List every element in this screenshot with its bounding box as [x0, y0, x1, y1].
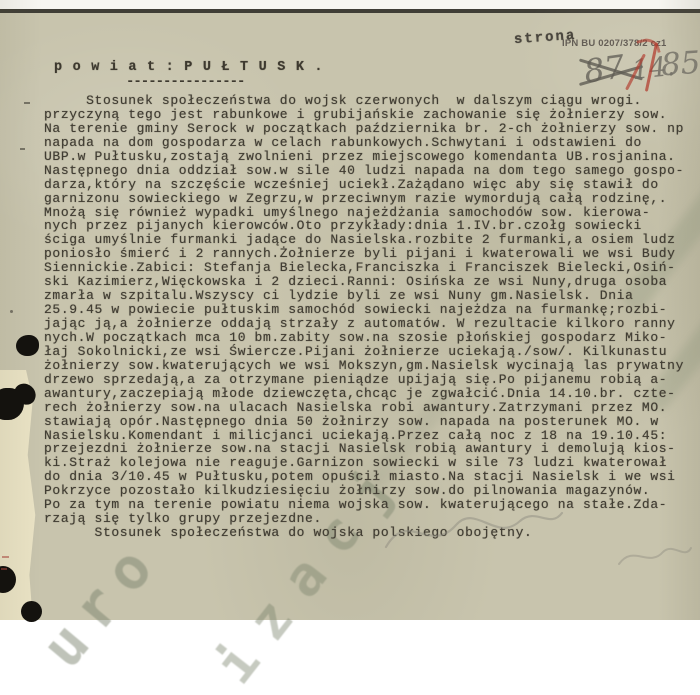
typed-text-block: Stosunek społeczeństwa do wojsk czerwony… [44, 94, 700, 540]
scan-edge-top [0, 0, 700, 9]
ink-blot [16, 335, 39, 356]
text-line: Pokrzyce pozostało kilkudziesięciu żołni… [44, 484, 700, 498]
text-line: ki.Straż kolejowa nie reaguje.Garnizon s… [44, 456, 700, 470]
text-line: ski Kazimierz,Więckowska i 2 dzieci.Rann… [44, 275, 700, 289]
text-line: Mnożą się również wypadki umyślnego naje… [44, 206, 700, 220]
text-line: rech żołnierzy sow.na ulacach Nasielska … [44, 401, 700, 415]
text-line: łaj Sokolnicki,ze wsi Świercze.Pijani żo… [44, 345, 700, 359]
text-line: Na terenie gminy Serock w początkach paź… [44, 122, 700, 136]
text-line: 25.9.45 w powiecie pułtuskim samochód so… [44, 303, 700, 317]
text-line: jając ją,a żołnierze oddają strzały z au… [44, 317, 700, 331]
text-line: przyczyną tego jest rabunkowe i grubijań… [44, 108, 700, 122]
handwritten-page-number: 85 [660, 45, 700, 84]
text-line: nych.W początkach mca 10 bm.zabity sow.n… [44, 331, 700, 345]
text-line: poniosło śmierć i 2 rannych.Żołnierze by… [44, 247, 700, 261]
pencil-scribble [615, 538, 695, 574]
text-line: żołnierzy sow.kwaterujących we wsi Moksz… [44, 359, 700, 373]
page-top-border [0, 9, 700, 13]
margin-dash [20, 148, 25, 150]
text-line: Stosunek społeczeństwa do wojska polskie… [44, 526, 700, 540]
text-line: Następnego dnia oddział sow.w sile 40 lu… [44, 164, 700, 178]
pencil-scribble [378, 495, 568, 565]
handwritten-crossed-number: 87 [582, 47, 628, 90]
margin-dash [24, 102, 30, 104]
text-line: stawiają opór.Następnego dnia 50 żołnirz… [44, 415, 700, 429]
scanned-document-page: uro izacj strona IPN BU 0207/378/2 cz1 8… [0, 0, 700, 620]
red-margin-tick [2, 556, 9, 558]
text-line: UBP.w Pułtusku,zostają zwolnieni przez m… [44, 150, 700, 164]
text-line: drzewo sprzedają,a za otrzymane pieniądz… [44, 373, 700, 387]
text-line: garnizonu sowieckiego w Zegrzu,w przeciw… [44, 192, 700, 206]
text-line: awantury,zaczepiają młode dziewczęta,chc… [44, 387, 700, 401]
margin-dot [10, 310, 13, 313]
text-line: do dnia 3/10.45 w Pułtusku,potem opuścił… [44, 470, 700, 484]
red-margin-tick [1, 568, 7, 570]
text-line: rzają się tylko grupy przejezdne. [44, 512, 700, 526]
text-line: Siennickie.Zabici: Stefanja Bielecka,Fra… [44, 261, 700, 275]
document-title: p o w i a t : P U Ł T U S K . [54, 60, 324, 75]
text-line: Stosunek społeczeństwa do wojsk czerwony… [44, 94, 700, 108]
text-line: zmarła w szpitalu.Wszyscy ci lydzie byli… [44, 289, 700, 303]
title-underline: ---------------- [126, 74, 244, 90]
text-line: Po za tym na terenie powiatu niema wojsk… [44, 498, 700, 512]
text-line: Nasielsku.Komendant i milicjanci uciekaj… [44, 429, 700, 443]
text-line: przejezdni żołnierze sow.na stacji Nasie… [44, 442, 700, 456]
text-line: napada na dom gospodarza w celach rabunk… [44, 136, 700, 150]
text-line: nych przez pijanych kierowców.Oto przykł… [44, 219, 700, 233]
text-line: darza,który na szczęście wcześniej uciek… [44, 178, 700, 192]
ink-blot [21, 601, 42, 620]
